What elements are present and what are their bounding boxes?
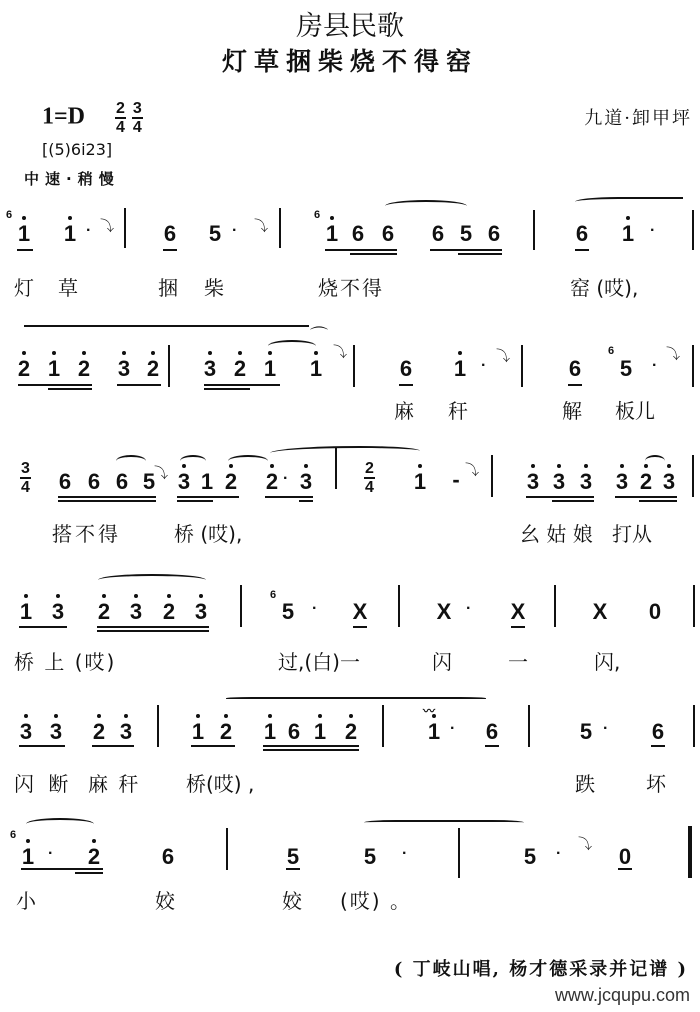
note: 3 [18,720,34,744]
note: 6 [484,720,500,744]
note: 2 [223,470,239,494]
note: 2 [161,600,177,624]
underline [163,249,177,251]
note: 6 [86,470,102,494]
barline [693,585,695,627]
slur [385,200,467,212]
note: 2 [76,357,92,381]
source-location: 九道·卸甲坪 [584,104,692,130]
note: 2 [145,357,161,381]
intro-motif: [(5)6i23] [42,140,112,159]
note-x: X [510,600,526,624]
slur [226,697,486,709]
underline [19,626,67,628]
augmentation-dot: · [650,222,655,240]
note: 1 [18,600,34,624]
watermark-link[interactable]: www.jcqupu.com [555,985,690,1006]
note: 2 [232,357,248,381]
note: 3 [48,720,64,744]
note: 1 [452,357,468,381]
note: 3 [128,600,144,624]
augmentation-dot: · [48,845,53,863]
note: 1 [199,470,215,494]
note: 5 [578,720,594,744]
augmentation-dot: · [86,222,91,240]
underline [639,500,677,502]
lyric: (哎) 。 [340,885,412,914]
augmentation-dot: · [466,600,471,618]
tie [268,340,316,352]
lyric: 麻 [394,395,414,424]
slur [270,446,420,458]
glide-mark: ⤵ [578,834,592,854]
underline [204,384,280,386]
rest: 0 [647,600,663,624]
note: 1 [312,720,328,744]
barline [491,455,493,497]
note: 5 [207,222,223,246]
key-label: 1=D [42,104,85,130]
underline [17,249,33,251]
underline [18,384,92,386]
lyric: 姣 [155,885,175,914]
slur [26,818,94,830]
note: 6 [574,222,590,246]
underline [350,253,397,255]
slur [364,820,524,832]
note: 3 [202,357,218,381]
note: 2 [343,720,359,744]
slur [575,197,683,209]
extension-dash: - [448,468,464,492]
underline [568,384,582,386]
barline [521,345,523,387]
barline [335,447,337,489]
note: 6 [430,222,446,246]
glide-mark: ⤵ [496,346,510,366]
barline [168,345,170,387]
note: 1 [16,222,32,246]
grace-note: 6 [314,210,320,221]
note: 2 [264,470,280,494]
note: 6 [486,222,502,246]
barline [398,585,400,627]
note: 1 [262,720,278,744]
note: 6 [57,470,73,494]
underline [58,496,156,498]
note: 6 [350,222,366,246]
barline [528,705,530,747]
note: 5 [285,845,301,869]
lyric: 一 [508,646,528,675]
underline [191,745,235,747]
underline [97,630,209,632]
note: 3 [578,470,594,494]
underline [575,249,589,251]
note: 1 [426,720,442,744]
glide-mark: ⤵ [254,216,268,236]
underline [651,745,665,747]
augmentation-dot: · [232,222,237,240]
augmentation-dot: · [481,357,486,375]
note-x: X [352,600,368,624]
underline [299,500,313,502]
lyric: 桥(哎) , [186,768,254,797]
note: 6 [650,720,666,744]
tie [180,455,206,467]
glide-mark: ⤵ [154,463,168,483]
underline [177,500,213,502]
underline [485,745,499,747]
note: 5 [362,845,378,869]
underline [92,745,134,747]
glide-mark: ⤵ [333,342,347,362]
barline [226,828,228,870]
note: 3 [116,357,132,381]
note: 2 [86,845,102,869]
underline [552,500,594,502]
glide-mark: ⤵ [100,216,114,236]
augmentation-dot: · [603,720,608,738]
note: 1 [190,720,206,744]
lyric: 秆 [448,395,468,424]
lyric: 闪 断 [14,768,72,797]
time-signature-2-4: 24 [115,100,126,136]
grace-note: 6 [270,590,276,601]
lyric: 小 [16,885,36,914]
underline [58,500,156,502]
note: 6 [380,222,396,246]
underline [177,496,239,498]
note: 1 [62,222,78,246]
underline [265,496,313,498]
barline [692,345,694,387]
augmentation-dot: · [556,845,561,863]
tie [116,455,146,467]
note-x: X [592,600,608,624]
barline [458,828,460,878]
note: 6 [286,720,302,744]
note: 5 [618,357,634,381]
grace-note: 6 [608,346,614,357]
note: 3 [176,470,192,494]
barline [124,208,126,248]
lyric: 闪, [594,646,620,675]
note: 3 [614,470,630,494]
lyric: 过,(白)一 [278,646,360,675]
lyric: 搭不得 [52,518,121,547]
lyric: 草 [58,272,78,301]
underline [399,384,413,386]
underline [48,388,92,390]
lyric: 坏 [646,768,666,797]
underline [204,388,250,390]
barline [382,705,384,747]
note: 1 [620,222,636,246]
lyric: 捆 [158,272,178,301]
phrase-slur [24,325,309,327]
note: 1 [262,357,278,381]
note: 2 [638,470,654,494]
underline [75,872,103,874]
lyric: 闪 [432,646,452,675]
note: 3 [193,600,209,624]
augmentation-dot: · [652,357,657,375]
note: 5 [280,600,296,624]
barline [533,210,535,250]
lyric: 桥 (哎), [174,518,242,547]
barline [692,455,694,497]
note: 1 [46,357,62,381]
note: 2 [16,357,32,381]
underline [618,868,632,870]
note-x: X [436,600,452,624]
lyric: 跌 [575,768,595,797]
glide-mark: ⤵ [666,344,680,364]
augmentation-dot: · [283,470,288,488]
key-signature: 1=D 24 34 [42,100,143,136]
note: 2 [91,720,107,744]
time-signature-3-4: 34 [132,100,143,136]
augmentation-dot: · [450,720,455,738]
note: 3 [661,470,677,494]
grace-note: 6 [6,210,12,221]
lyric: 窑 (哎), [570,272,638,301]
note: 1 [324,222,340,246]
note: 6 [398,357,414,381]
song-title: 灯草捆柴烧不得窑 [0,42,700,78]
underline [263,745,359,747]
underline [19,745,65,747]
time-signature-3-4: 34 [20,460,31,496]
collection-title: 房县民歌 [0,4,700,43]
barline [692,210,694,250]
lyric: 打从 [612,518,652,547]
glide-mark: ⤵ [465,460,479,480]
note: 6 [162,222,178,246]
lyric: 柴 [204,272,224,301]
note: 3 [298,470,314,494]
lyric: 麻 秆 [88,768,140,797]
note: 1 [308,357,324,381]
note: 3 [50,600,66,624]
lyric: 幺 姑 娘 [520,518,593,547]
note: 6 [567,357,583,381]
rest: 0 [617,845,633,869]
underline [526,496,594,498]
note: 3 [118,720,134,744]
underline [117,384,161,386]
final-barline [688,826,692,878]
credit-line: ( 丁岐山唱, 杨才德采录并记谱 ) [394,955,688,981]
note: 5 [458,222,474,246]
underline [430,249,502,251]
note: 6 [160,845,176,869]
underline [511,626,525,628]
underline [21,868,103,870]
note: 3 [551,470,567,494]
note: 1 [412,470,428,494]
note: 5 [522,845,538,869]
slur [98,574,206,586]
lyric: 桥 上 (哎) [14,646,116,675]
lyric: 烧不得 [318,272,384,301]
barline [240,585,242,627]
note: 2 [96,600,112,624]
barline [157,705,159,747]
tie [645,455,665,467]
grace-note: 6 [10,830,16,841]
lyric: 板儿 [615,395,655,424]
underline [97,626,209,628]
lyric: 灯 [14,272,34,301]
note: 3 [525,470,541,494]
note: 2 [218,720,234,744]
lyric: 解 [562,395,582,424]
underline [353,626,367,628]
underline [458,253,502,255]
underline [286,868,300,870]
tie [228,455,268,467]
underline [263,749,359,751]
barline [353,345,355,387]
augmentation-dot: · [402,845,407,863]
underline [325,249,397,251]
time-signature-2-4: 24 [364,460,375,496]
barline [554,585,556,627]
underline [615,496,677,498]
tempo-marking: 中速·稍慢 [24,168,120,189]
note: 6 [114,470,130,494]
barline [693,705,695,747]
augmentation-dot: · [312,600,317,618]
note: 1 [20,845,36,869]
lyric: 姣 [282,885,302,914]
barline [279,208,281,248]
